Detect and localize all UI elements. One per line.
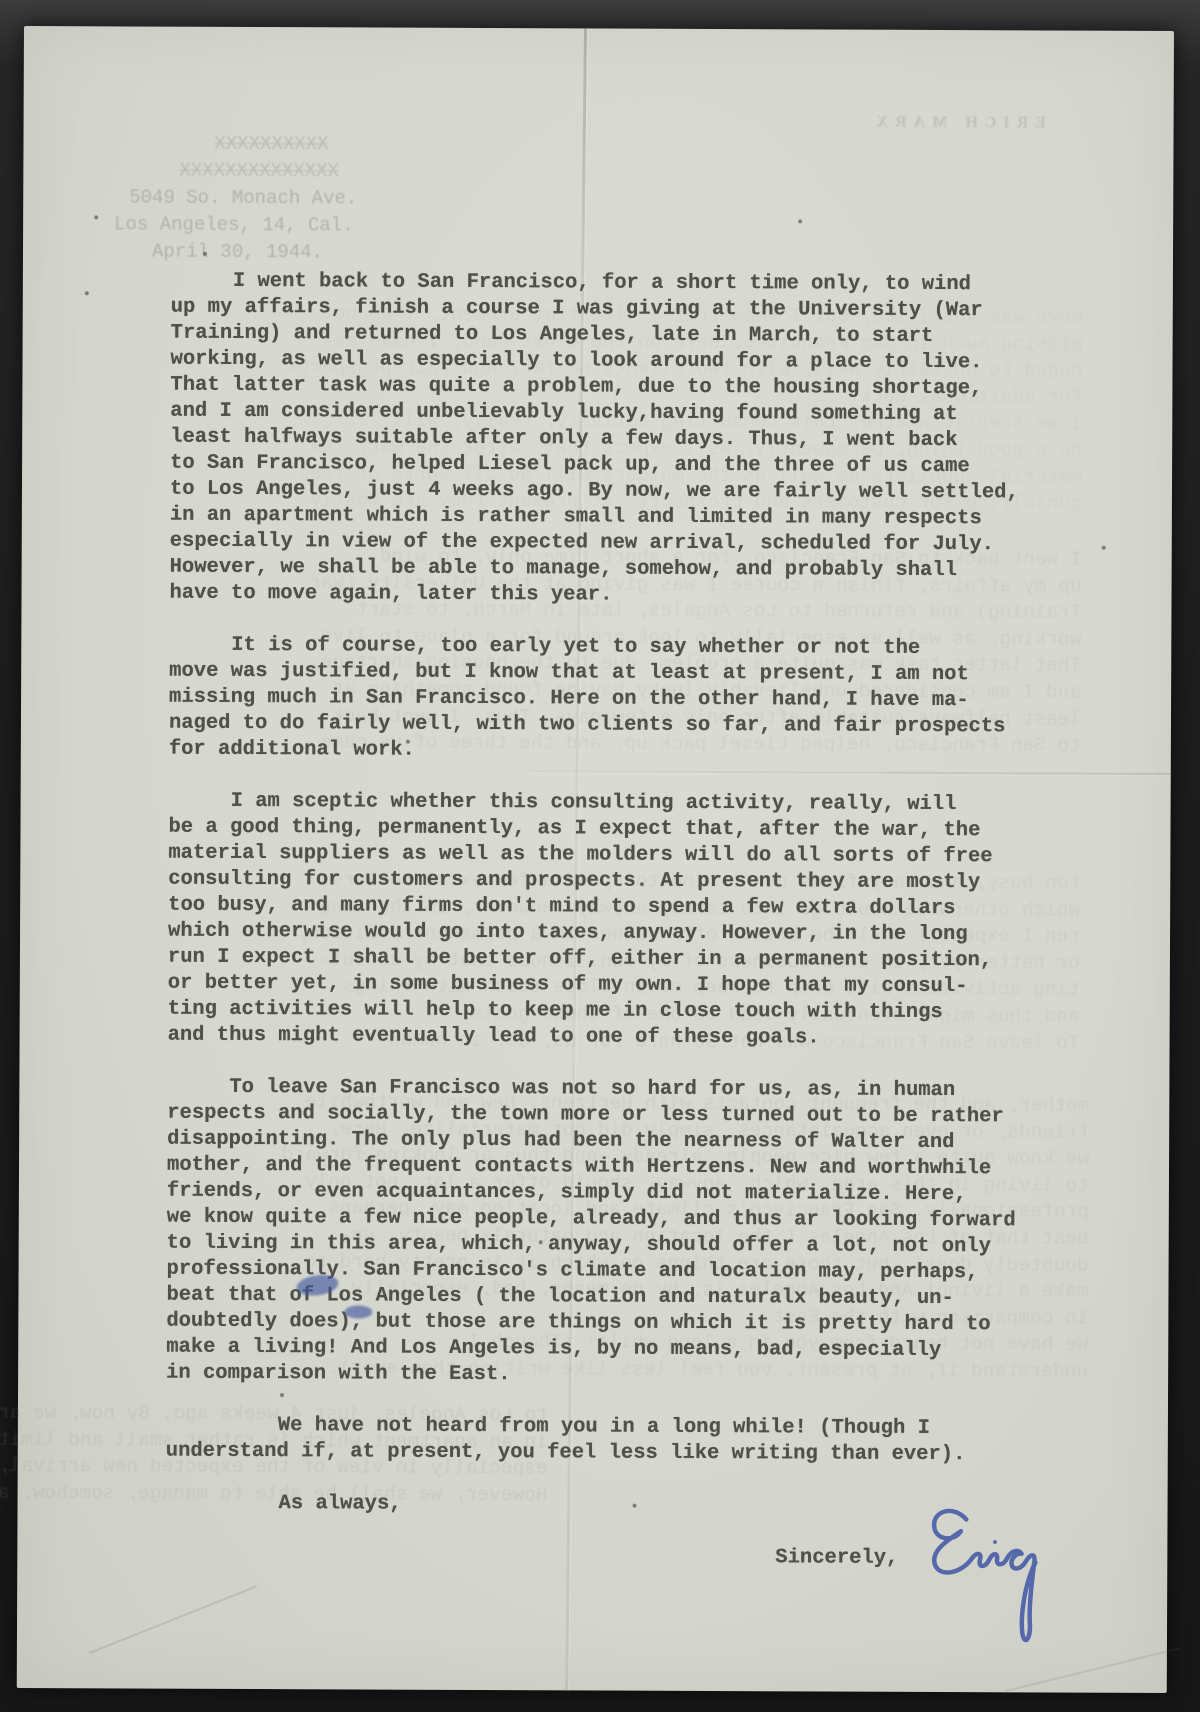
letter-line: understand if, at present, you feel less… xyxy=(166,1439,1072,1469)
letter-line: least halfways suitable after only a few… xyxy=(170,425,1076,455)
letter-line: especially in view of the expected new a… xyxy=(170,529,1076,559)
letter-line: move was justified, but I know that at l… xyxy=(169,659,1075,689)
letter-line: in comparison with the East. xyxy=(166,1361,1072,1391)
paper-speck xyxy=(406,740,410,744)
letter-body: I went back to San Francisco, for a shor… xyxy=(165,269,1077,1573)
letter-line: to living in this area, which, anyway, s… xyxy=(167,1231,1073,1261)
paper-speck xyxy=(85,291,89,295)
ghost-address-line: Los Angeles, 14, Cal. xyxy=(114,211,354,239)
letter-line: to Los Angeles, just 4 weeks ago. By now… xyxy=(170,477,1076,507)
letter-line: I am sceptic whether this consulting act… xyxy=(169,789,1075,819)
letter-line: which otherwise would go into taxes, any… xyxy=(168,919,1074,949)
letter-line: We have not heard from you in a long whi… xyxy=(166,1413,1072,1443)
paragraph: It is of course, too early yet to say wh… xyxy=(169,633,1076,767)
letter-line: consulting for customers and prospects. … xyxy=(168,867,1074,897)
paper-speck xyxy=(94,215,98,219)
paper-speck xyxy=(203,252,207,256)
ghost-address-line: April 30, 1944. xyxy=(152,239,323,267)
bleedthrough-ghost-text-layer: move was justified, but I know that at l… xyxy=(24,26,1174,31)
letter-line: material suppliers as well as the molder… xyxy=(168,841,1074,871)
letter-line: ting activities will help to keep me in … xyxy=(168,997,1074,1027)
letter-paper: ERICH MARX XXXXXXXXXXXXXXXXXXXXXXXX5049 … xyxy=(17,26,1174,1693)
letter-line: Training) and returned to Los Angeles, l… xyxy=(171,321,1077,351)
ink-correction-smudge xyxy=(344,1305,372,1318)
letter-line: doubtedly does), but those are things on… xyxy=(166,1309,1072,1339)
letter-line: have to move again, later this year. xyxy=(169,581,1075,611)
letter-line: I went back to San Francisco, for a shor… xyxy=(171,269,1077,299)
letter-line: up my affairs, finish a course I was giv… xyxy=(171,295,1077,325)
paper-speck xyxy=(798,219,802,223)
letter-line: make a living! And Los Angeles is, by no… xyxy=(166,1335,1072,1365)
letter-line: working, as well as especially to look a… xyxy=(170,347,1076,377)
letter-line: to San Francisco, helped Liesel pack up,… xyxy=(170,451,1076,481)
letter-line: respects and socially, the town more or … xyxy=(167,1101,1073,1131)
letter-line: or better yet, in some business of my ow… xyxy=(168,971,1074,1001)
letter-line: mother, and the frequent contacts with H… xyxy=(167,1153,1073,1183)
ghost-address-line: XXXXXXXXXXXXXX xyxy=(179,158,339,186)
letter-line: It is of course, too early yet to say wh… xyxy=(169,633,1075,663)
letter-line: for additional work. xyxy=(169,737,1075,767)
letter-line: disappointing. The only plus had been th… xyxy=(167,1127,1073,1157)
letter-line: too busy, and many firms don't mind to s… xyxy=(168,893,1074,923)
bleedthrough-letterhead-text: ERICH MARX xyxy=(870,114,1046,133)
paper-speck xyxy=(633,1504,637,1508)
letter-line: However, we shall be able to manage, som… xyxy=(170,555,1076,585)
paragraph: To leave San Francisco was not so hard f… xyxy=(166,1075,1073,1391)
paragraph: I went back to San Francisco, for a shor… xyxy=(169,269,1076,611)
letter-line: That latter task was quite a problem, du… xyxy=(170,373,1076,403)
letter-line: be a good thing, permanently, as I expec… xyxy=(168,815,1074,845)
ghost-address-line: XXXXXXXXXX xyxy=(214,131,328,158)
paper-speck xyxy=(1102,546,1106,550)
letter-line: in an apartment which is rather small an… xyxy=(170,503,1076,533)
paper-speck xyxy=(280,1393,284,1397)
letter-line: To leave San Francisco was not so hard f… xyxy=(167,1075,1073,1105)
letter-line: naged to do fairly well, with two client… xyxy=(169,711,1075,741)
letter-line: run I expect I shall be better off, eith… xyxy=(168,945,1074,975)
letter-line: we know quite a few nice people, already… xyxy=(167,1205,1073,1235)
paragraph: I am sceptic whether this consulting act… xyxy=(168,789,1075,1053)
ghost-address-line: 5049 So. Monach Ave. xyxy=(129,184,357,212)
letter-line: friends, or even acquaintances, simply d… xyxy=(167,1179,1073,1209)
paragraph: We have not heard from you in a long whi… xyxy=(166,1413,1072,1469)
corner-crease-bottom-left xyxy=(89,1585,257,1654)
letter-line: and thus might eventually lead to one of… xyxy=(168,1023,1074,1053)
scan-background: ERICH MARX XXXXXXXXXXXXXXXXXXXXXXXX5049 … xyxy=(0,0,1200,1712)
paper-speck xyxy=(539,1240,543,1244)
signature-erich xyxy=(921,1498,1050,1659)
letter-line: missing much in San Francisco. Here on t… xyxy=(169,685,1075,715)
letter-line: and I am considered unbelievably lucky,h… xyxy=(170,399,1076,429)
